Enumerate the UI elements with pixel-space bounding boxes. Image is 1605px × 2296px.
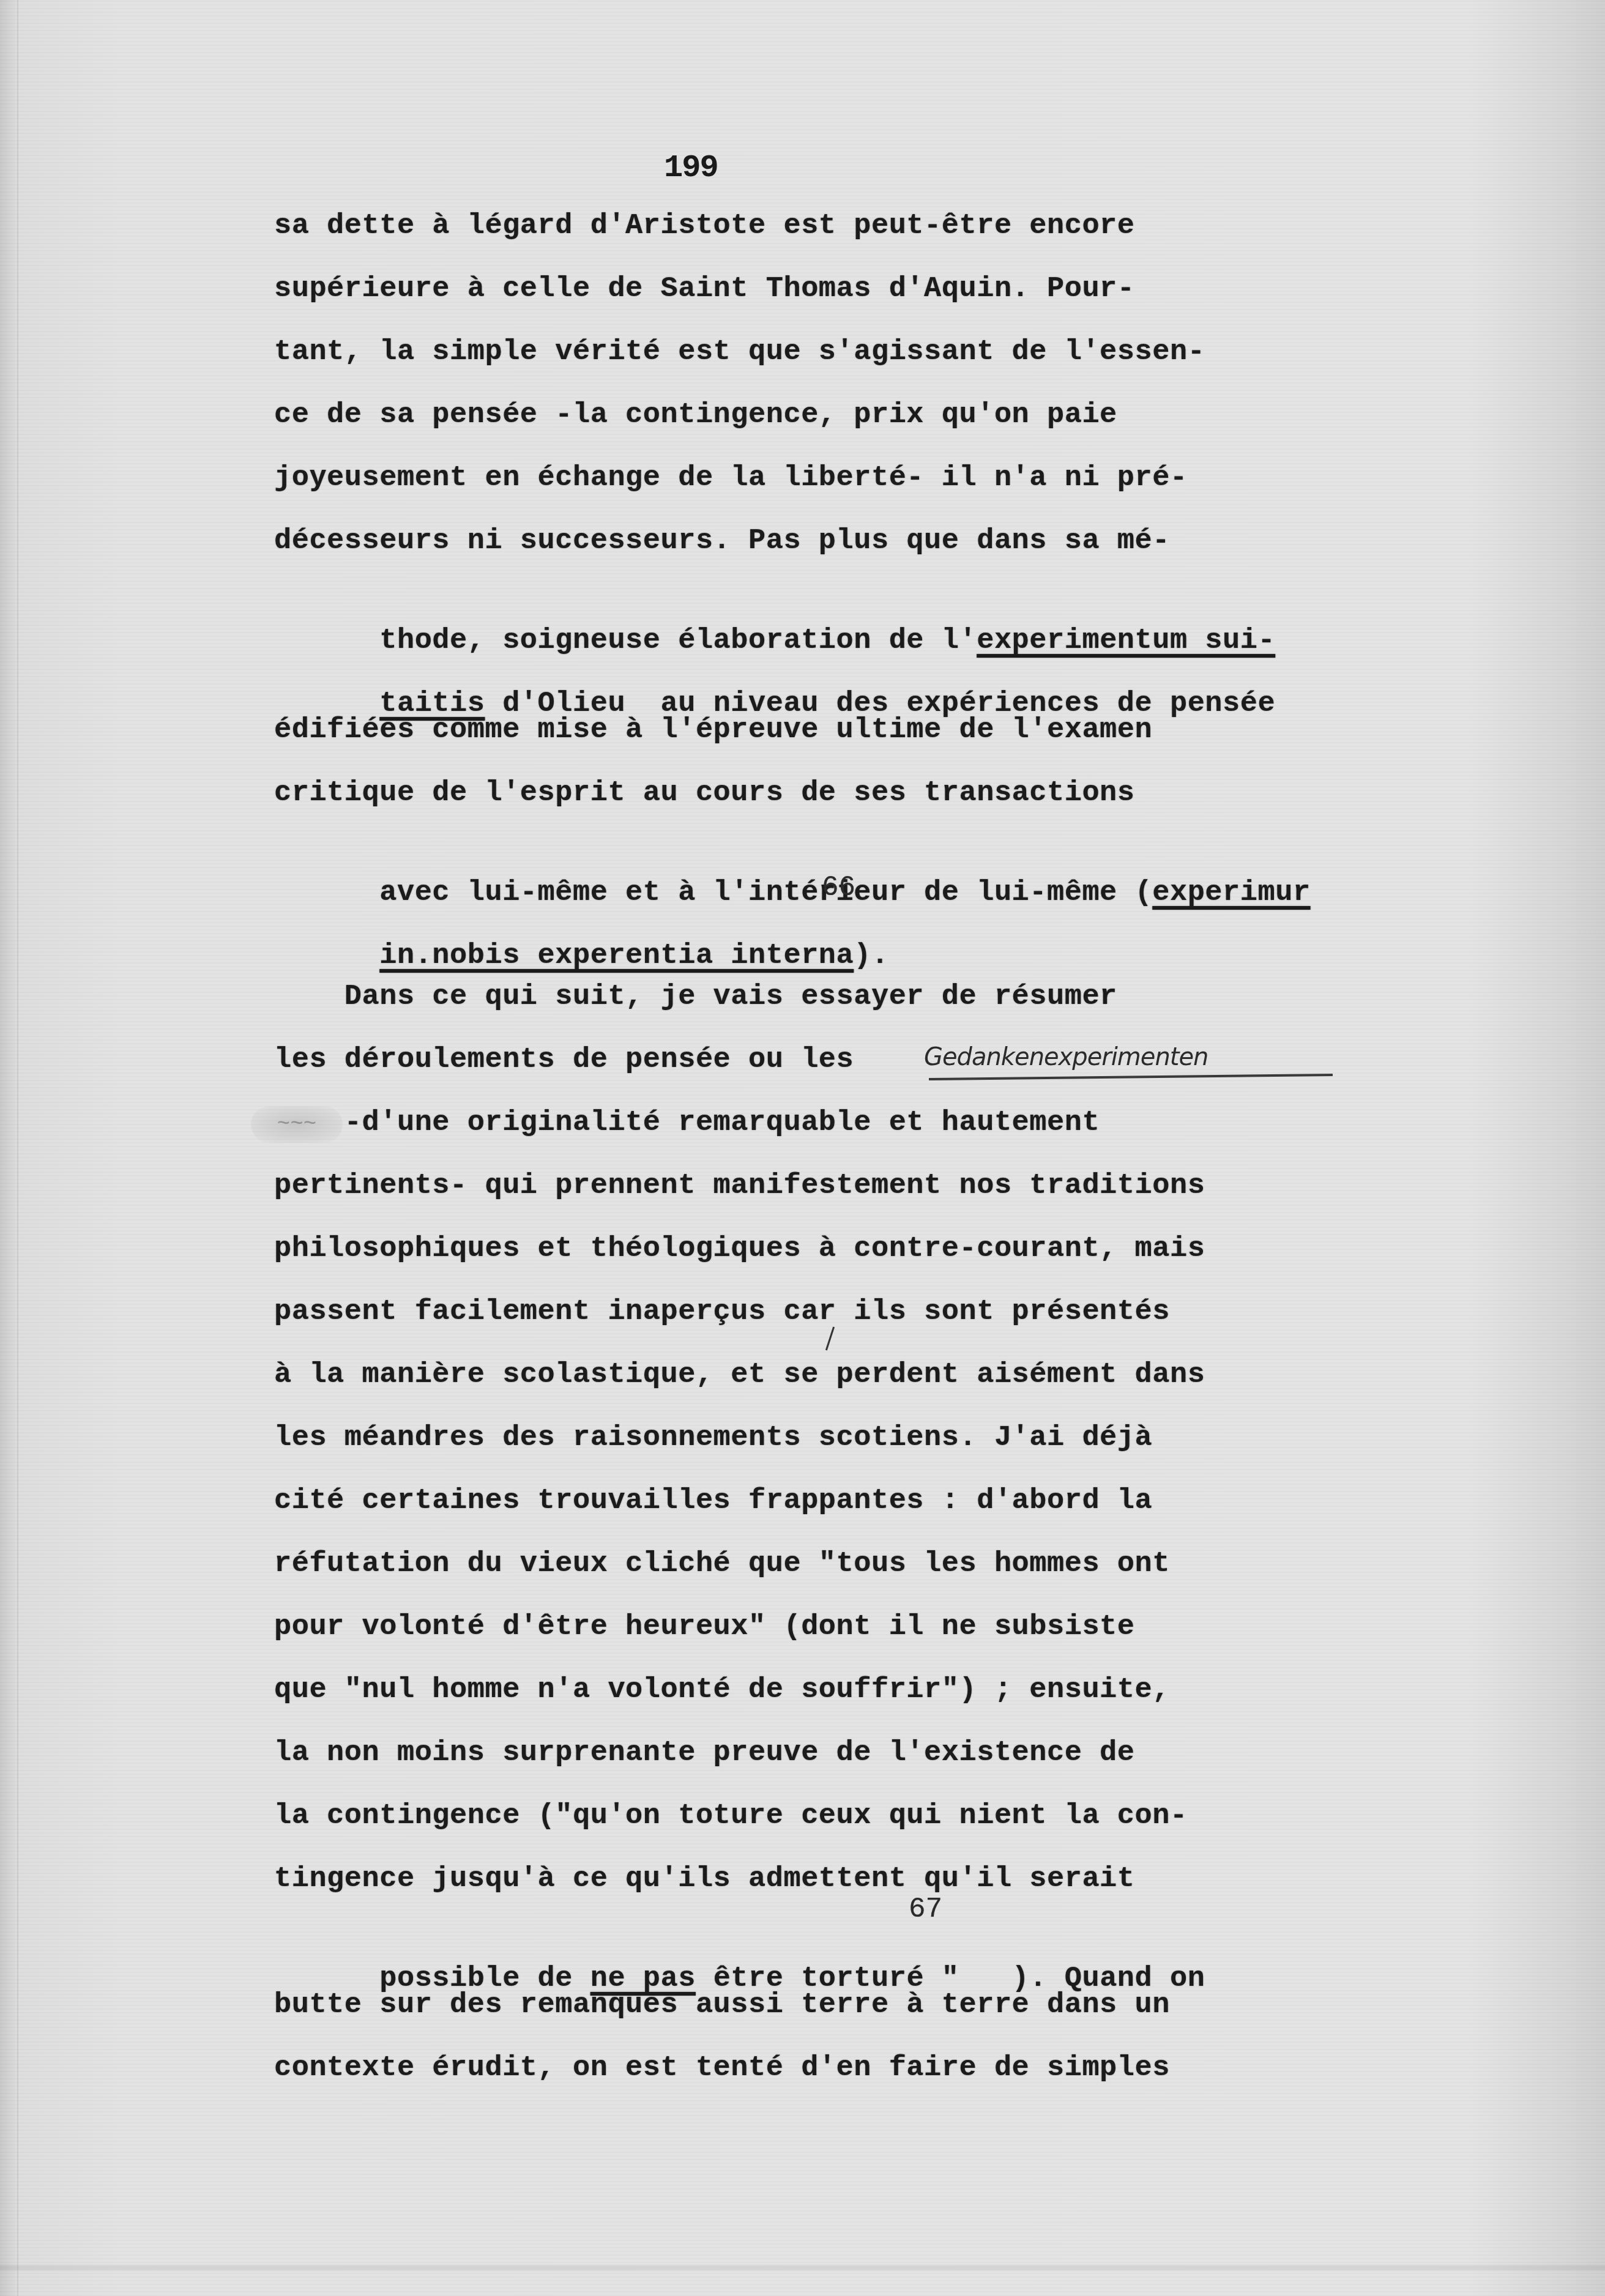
- text-line: la non moins surprenante preuve de l'exi…: [274, 1735, 1135, 1772]
- text-line: Dans ce qui suit, je vais essayer de rés…: [274, 979, 1117, 1016]
- text-line: à la manière scolastique, et se perdent …: [274, 1357, 1205, 1394]
- text-line: réfutation du vieux cliché que "tous les…: [274, 1546, 1170, 1583]
- text-line: tant, la simple vérité est que s'agissan…: [274, 334, 1205, 371]
- text-line: supérieure à celle de Saint Thomas d'Aqu…: [274, 271, 1135, 308]
- text-line: -d'une originalité remarquable et hautem…: [274, 1105, 1100, 1142]
- text-line: passent facilement inaperçus car ils son…: [274, 1294, 1170, 1331]
- text-line: contexte érudit, on est tenté d'en faire…: [274, 2050, 1170, 2087]
- footnote-reference: 66: [822, 872, 855, 904]
- text-line: cité certaines trouvailles frappantes : …: [274, 1483, 1152, 1520]
- text-line: pertinents- qui prennent manifestement n…: [274, 1168, 1205, 1205]
- footnote-reference: 67: [909, 1893, 942, 1925]
- text-line: les méandres des raisonnements scotiens.…: [274, 1420, 1152, 1457]
- text-line: décesseurs ni successeurs. Pas plus que …: [274, 523, 1170, 560]
- text-segment: ).: [854, 940, 888, 972]
- text-line: sa dette à légard d'Aristote est peut-êt…: [274, 208, 1135, 245]
- text-line: joyeusement en échange de la liberté- il…: [274, 460, 1188, 497]
- underlined-latin-term: experimur: [1152, 877, 1310, 909]
- text-line: les déroulements de pensée ou les: [274, 1042, 871, 1079]
- text-line: tingence jusqu'à ce qu'ils admettent qu'…: [274, 1861, 1135, 1898]
- scanned-page: 199 sa dette à légard d'Aristote est peu…: [0, 0, 1605, 2296]
- text-line: butte sur des remanques aussi terre à te…: [274, 1987, 1170, 2024]
- text-line: philosophiques et théologiques à contre-…: [274, 1231, 1205, 1268]
- text-line: édifiées comme mise à l'épreuve ultime d…: [274, 712, 1152, 749]
- text-line: que "nul homme n'a volonté de souffrir")…: [274, 1672, 1170, 1709]
- text-line: ce de sa pensée -la contingence, prix qu…: [274, 397, 1117, 434]
- erased-word-smudge: ~~~: [251, 1106, 343, 1143]
- underlined-latin-term: in.nobis experentia interna: [379, 940, 854, 972]
- text-line: la contingence ("qu'on toture ceux qui n…: [274, 1798, 1188, 1835]
- handwritten-underline: [929, 1074, 1333, 1080]
- handwritten-annotation: Gedankenexperimenten: [924, 1043, 1208, 1071]
- page-number: 199: [664, 150, 718, 186]
- text-line: pour volonté d'être heureux" (dont il ne…: [274, 1609, 1135, 1646]
- text-line: critique de l'esprit au cours de ses tra…: [274, 775, 1135, 812]
